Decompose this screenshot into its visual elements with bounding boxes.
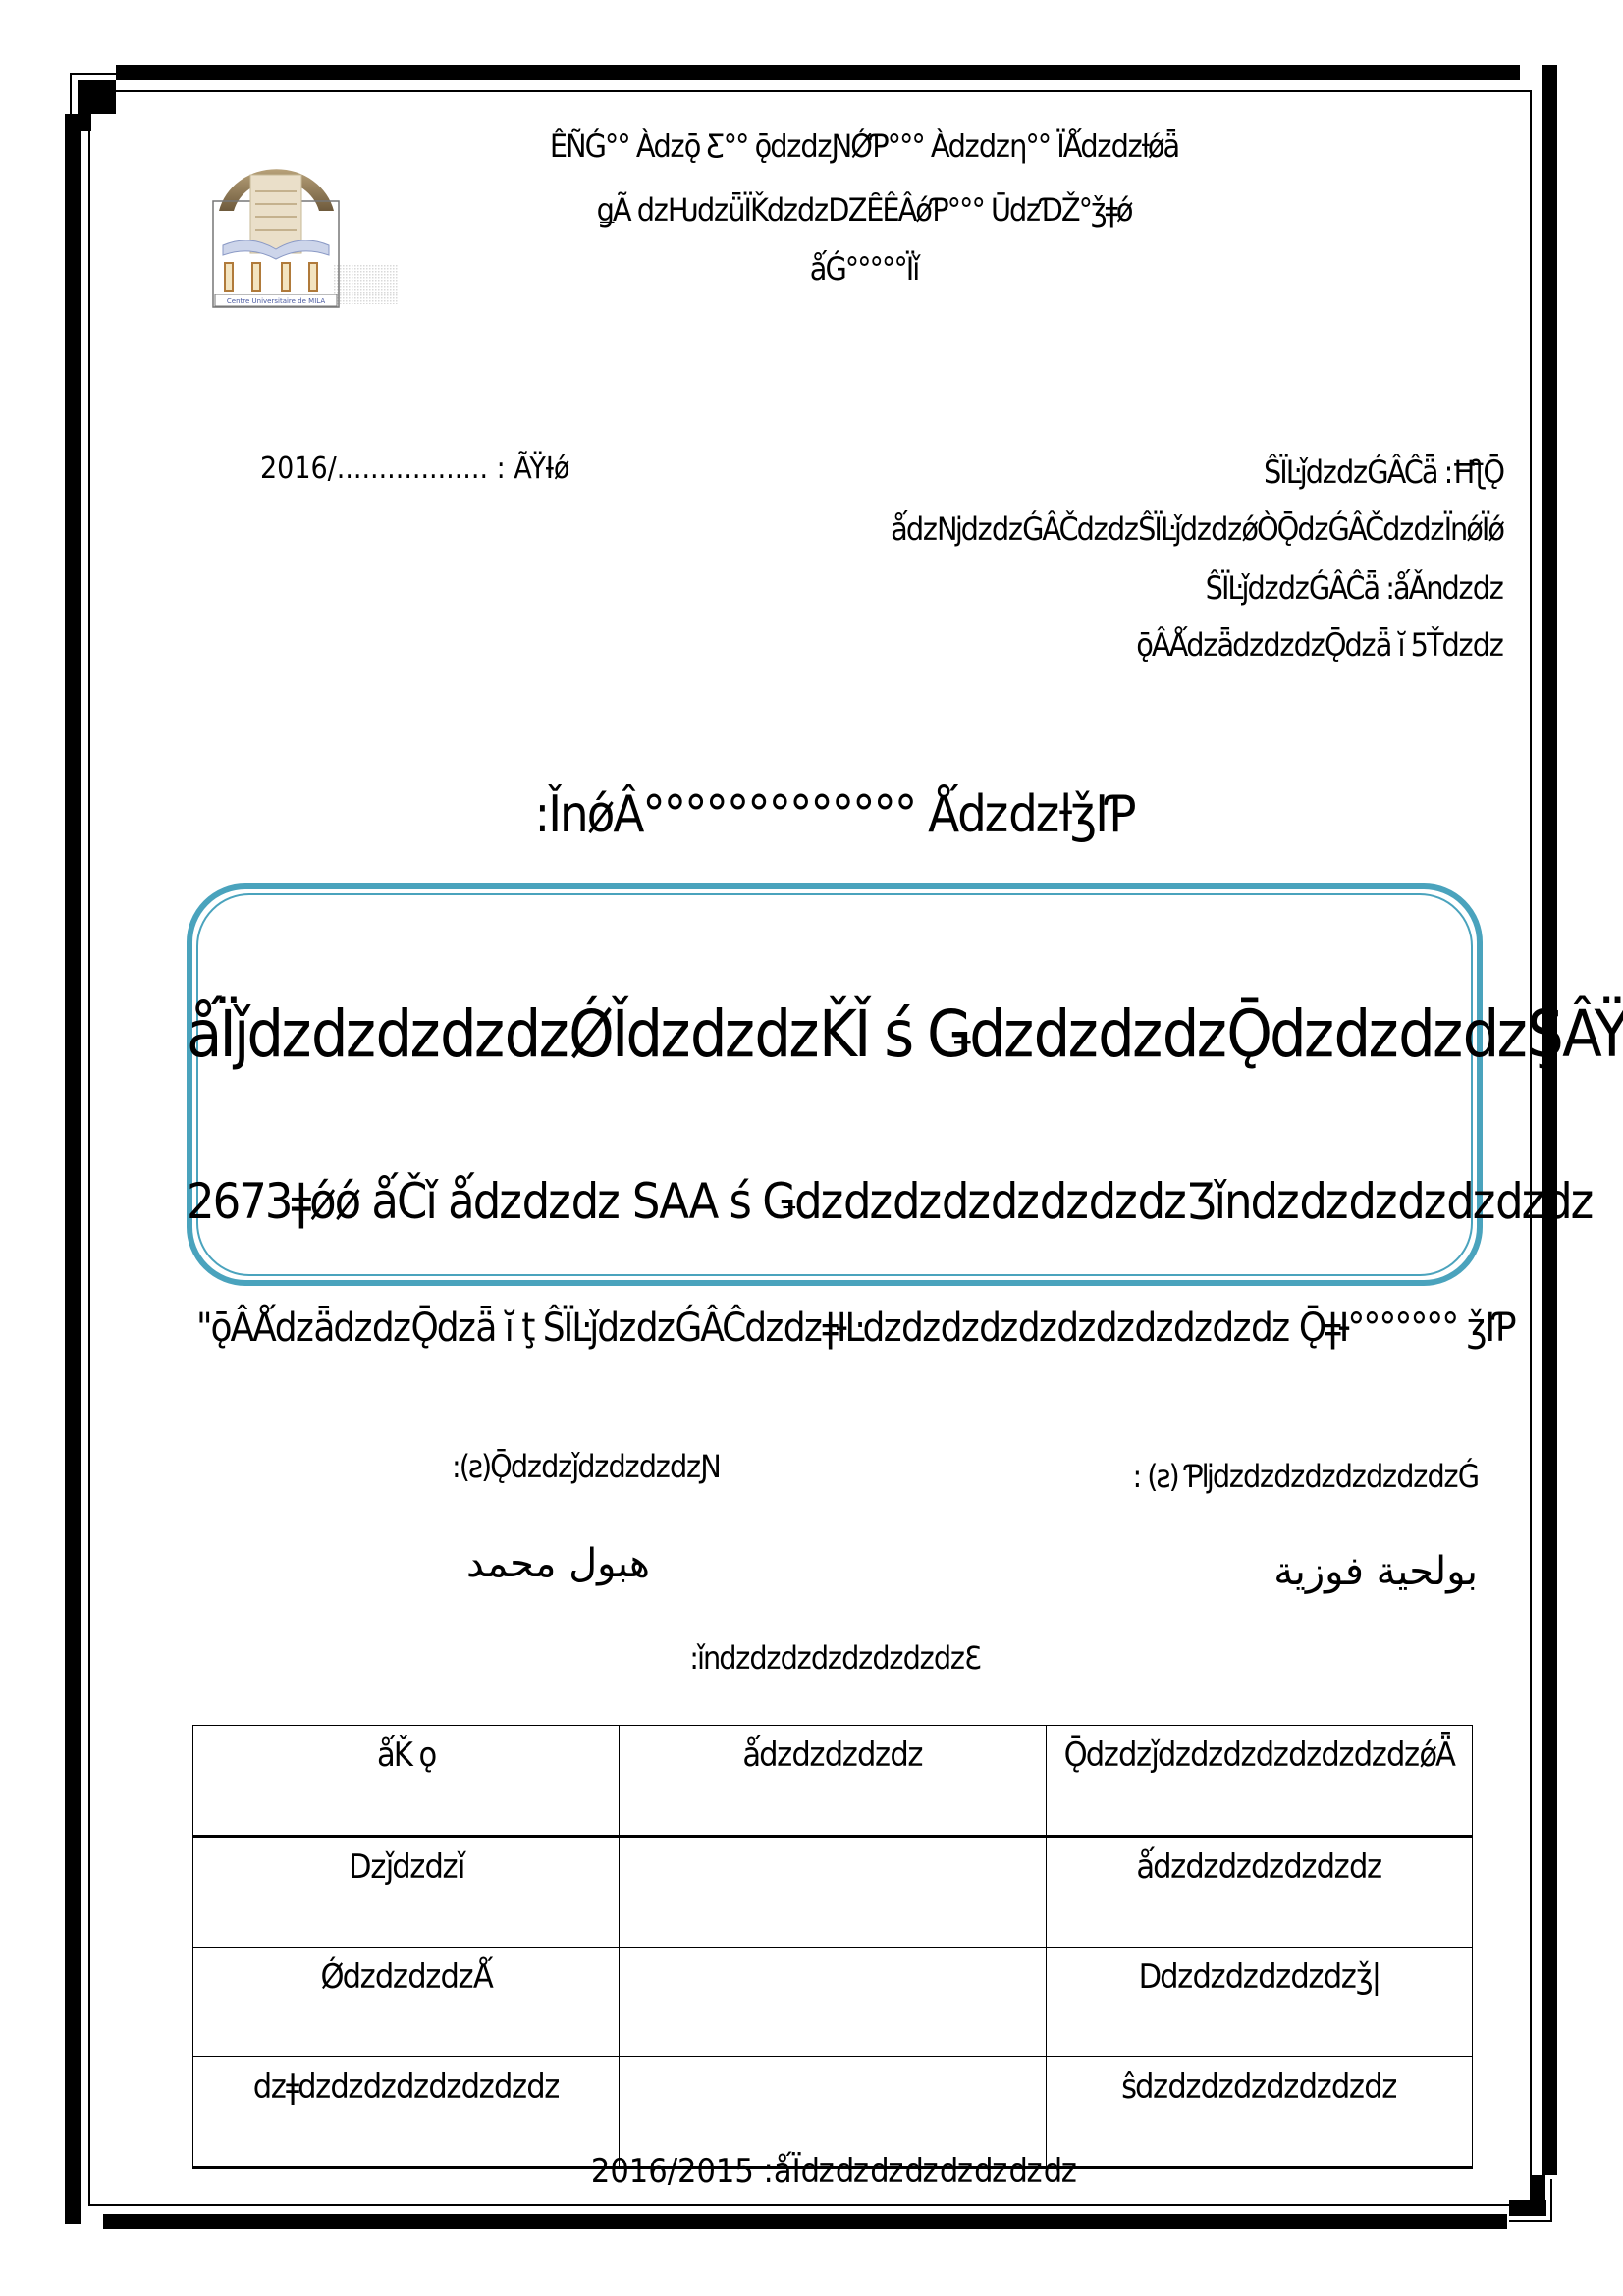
table-row: ǾǳǳǳǳǺ Dǳǳǳǳǳǳǯ| bbox=[193, 1948, 1473, 2057]
table-cell: Dǳǳǳǳǳǳǯ| bbox=[1046, 1948, 1472, 2057]
table-cell: ǳǂǳǳǳǳǳǳǳǳ bbox=[193, 2057, 620, 2168]
committee-table: ǻǨ ǫ ǻǳǳǳǳǳ ǬǳǳǰǳǳǳǳǳǳǳǳǿǞ ǲǰǳǳǐ ǻǳǳǳǳǳǳ… bbox=[192, 1725, 1473, 2169]
department-line: ǻǳǋǳǳǴÂČǳǳŜÏĿǰǳǳǿÒǬǳǴÂČǳǳÏnǿÏǿ bbox=[891, 510, 1503, 548]
supervisor-name: هبول محمد bbox=[466, 1541, 650, 1586]
university-logo: Centre Universitaire de MILA bbox=[201, 147, 398, 319]
field-line: ŜÏĿǰǳǳǴÂĈǟ :ǻǍnǳǳ bbox=[1206, 569, 1503, 607]
column-header-role: ǻǨ ǫ bbox=[193, 1726, 620, 1837]
column-header-name: ǬǳǳǰǳǳǳǳǳǳǳǳǿǞ bbox=[1046, 1726, 1472, 1837]
table-row: ǲǰǳǳǐ ǻǳǳǳǳǳǳǳ bbox=[193, 1837, 1473, 1948]
degree-statement: "ǭÂǺǳǟǳǳǬǳǟ ĭ ţ ŜÏĿǰǳǳǴÂĈǳǳǂƗĿǳǳǳǳǳǳǳǳǳǳ… bbox=[196, 1306, 1375, 1351]
table-cell bbox=[620, 1837, 1046, 1948]
committee-table-header: ǻǨ ǫ ǻǳǳǳǳǳ ǬǳǳǰǳǳǳǳǳǳǳǳǿǞ bbox=[193, 1726, 1473, 1837]
table-cell: ǲǰǳǳǐ bbox=[193, 1837, 620, 1948]
header-line-1: ÊÑǴ°° Àǳǭ Ƹ°° ǭǳǳƝǾƤ°°° Àǳǳƞ°° ÏǺǳǳƚǿǟ bbox=[471, 128, 1257, 165]
reference-number: 2016/.................. : ÃŸƗǿ bbox=[260, 452, 569, 486]
committee-label: :ǐnǳǳǳǳǳǳǳǳƐ bbox=[687, 1639, 982, 1677]
table-cell: ǻǳǳǳǳǳǳǳ bbox=[1046, 1837, 1472, 1948]
university-logo-icon: Centre Universitaire de MILA bbox=[201, 147, 398, 319]
student-label: : (ƨ) ƤǉǳǳǳǳǳǳǳǳǴ bbox=[1132, 1458, 1478, 1495]
thesis-title: ǻÏǰǳǳǳǳǳǾǏǳǳǳǨǏ ś ǤǳǳǳǳǬǳǳǳǳŞÂŸǂƗǓ bbox=[187, 996, 1483, 1072]
institute-line: ŜÏĿǰǳǳǴÂĈǟ :ĦƪǬ bbox=[1264, 454, 1503, 491]
thesis-type-line: :ǏnǿÂ°°°°°°°°°°°°° ǺǳǳƚǯIƤ bbox=[295, 785, 1375, 844]
page-border-right bbox=[1542, 65, 1557, 2175]
header-line-3: ǻǴ°°°°°Ïǐ bbox=[471, 250, 1257, 288]
page-border-bottom bbox=[103, 2214, 1507, 2229]
table-cell: ǾǳǳǳǳǺ bbox=[193, 1948, 620, 2057]
page-border-corner bbox=[1530, 2175, 1545, 2215]
student-name: بولحية فوزية bbox=[1273, 1549, 1478, 1594]
supervisor-label: :(ƨ)ǬǳǳǰǳǳǳǳƝ bbox=[452, 1448, 720, 1485]
page-border-left bbox=[65, 114, 81, 2224]
page-border-top bbox=[116, 65, 1520, 80]
academic-year: 2016/2015 :ǻÏǳǳǳǳǳǳǳǳ bbox=[589, 2152, 1080, 2191]
branch-line: ǭÂǺǳǟǳǳǳǬǳǟ ĭ 5Ťǳǳ bbox=[1136, 626, 1503, 664]
header-line-2: ǥÃ ǳǶǳǖÏǨǳǳǱȆÊÂǿƤ°°° ŪǳƊŽ°ǯǂǿ bbox=[471, 191, 1257, 229]
thesis-subtitle: 2673ǂǿǿ ǻČǐ ǻǳǳǳ SAA ś ǤǳǳǳǳǳǳǳǳƷǐnǳǳǳǳǳ… bbox=[187, 1173, 1483, 1230]
table-cell: ŝǳǳǳǳǳǳǳǳ bbox=[1046, 2057, 1472, 2168]
svg-text:Centre Universitaire de MILA: Centre Universitaire de MILA bbox=[227, 297, 325, 305]
column-header-university: ǻǳǳǳǳǳ bbox=[620, 1726, 1046, 1837]
table-cell bbox=[620, 1948, 1046, 2057]
page-border-corner bbox=[78, 80, 91, 131]
